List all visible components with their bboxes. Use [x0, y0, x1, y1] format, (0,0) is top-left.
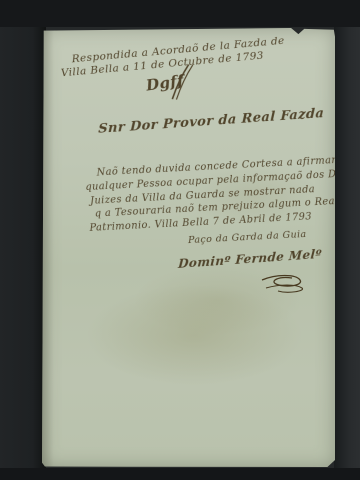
manuscript-page: Respondida a Acordaõ de la Fazda de Vill…: [42, 28, 335, 467]
body-paragraph: Naõ tendo duvida concede Cortesa a afirm…: [82, 153, 359, 236]
paraph-stroke-icon: [162, 62, 201, 102]
backdrop-right-shade: [334, 27, 360, 468]
closing-place-line: Paço da Garda da Guia: [188, 229, 307, 246]
backdrop-left-shade: [0, 27, 46, 468]
paraph-flourish: Dgff: [145, 71, 185, 94]
salutation-line: Snr Dor Provor da Real Fazda: [98, 106, 324, 137]
signature-rubric-icon: [192, 272, 312, 298]
photographed-manuscript: Respondida a Acordaõ de la Fazda de Vill…: [0, 0, 360, 480]
backdrop-bottom-band: [0, 468, 360, 480]
signature-line: Dominº Fernde Melº: [178, 247, 323, 271]
backdrop-top-band: [0, 0, 360, 27]
